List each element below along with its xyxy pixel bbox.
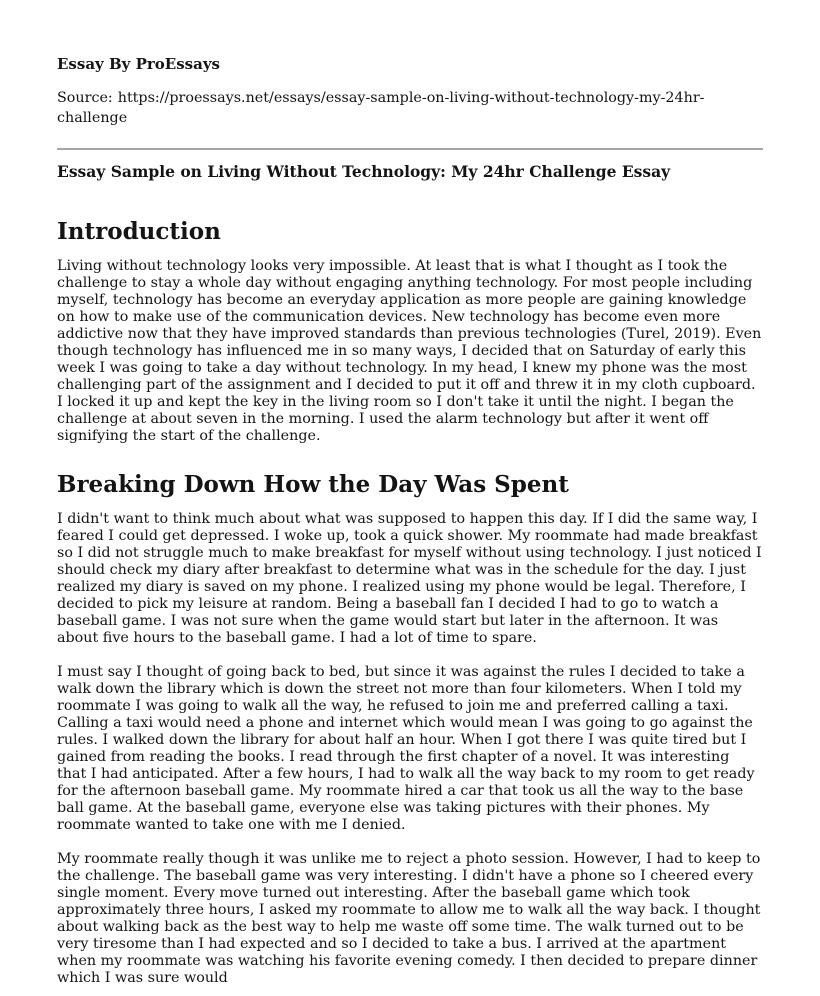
paragraph: My roommate really though it was unlike … — [57, 851, 763, 987]
source-label: Source: — [57, 90, 113, 106]
document-title: Essay Sample on Living Without Technolog… — [57, 162, 763, 182]
source-url: https://proessays.net/essays/essay-sampl… — [57, 90, 705, 126]
section-heading-day-breakdown: Breaking Down How the Day Was Spent — [57, 471, 763, 499]
source-line: Source:https://proessays.net/essays/essa… — [57, 88, 763, 128]
section-heading-introduction: Introduction — [57, 218, 763, 246]
document-page: Essay By ProEssays Source:https://proess… — [57, 0, 763, 987]
section-introduction: Introduction Living without technology l… — [57, 218, 763, 445]
paragraph: Living without technology looks very imp… — [57, 258, 763, 445]
essay-page: { "colors": { "background": "#ffffff", "… — [0, 0, 820, 996]
section-day-breakdown: Breaking Down How the Day Was Spent I di… — [57, 471, 763, 987]
divider — [57, 148, 763, 150]
byline: Essay By ProEssays — [57, 54, 763, 74]
paragraph: I didn't want to think much about what w… — [57, 511, 763, 647]
paragraph: I must say I thought of going back to be… — [57, 664, 763, 834]
